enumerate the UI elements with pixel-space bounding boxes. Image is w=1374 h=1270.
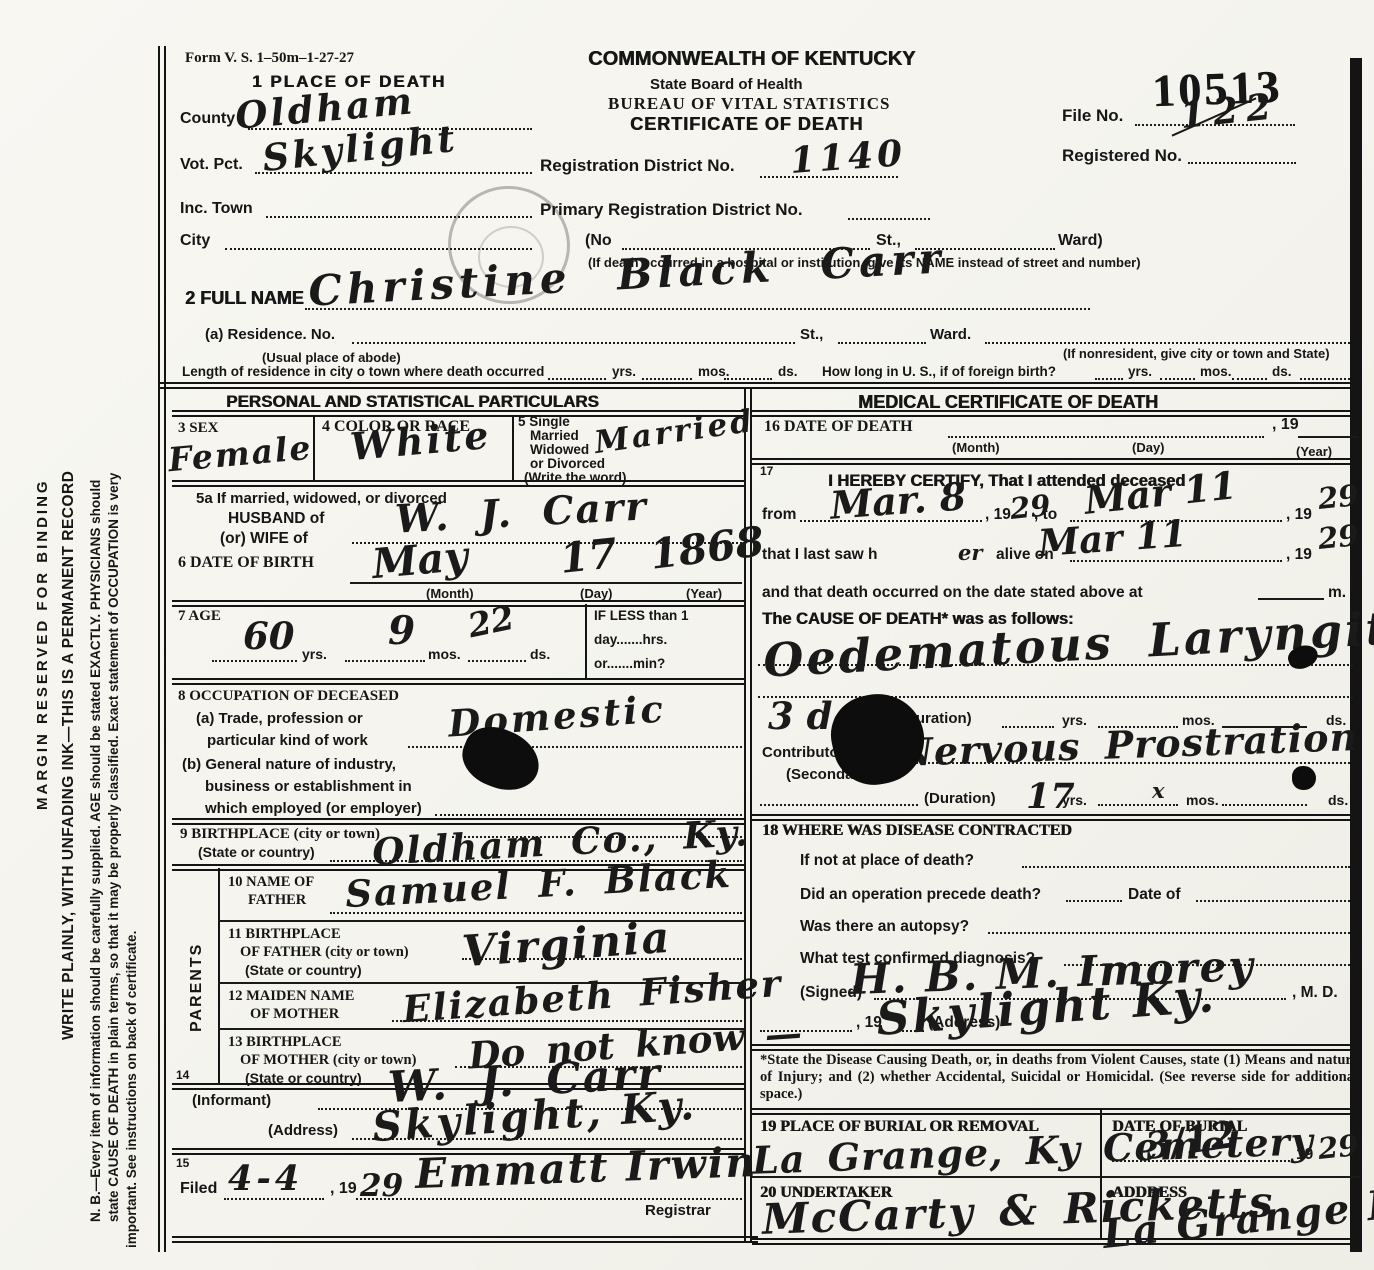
registration-district-label: Registration District No. [540,156,735,176]
residence-st-line [838,342,926,344]
to-19-label: , 19 [1286,506,1312,524]
father-name-label-1: 10 NAME OF [228,874,314,891]
operation-date-of-label: Date of [1128,886,1181,904]
length-line-6 [1232,378,1267,380]
marital-option-married: Married [530,428,579,443]
margin-nb-note-line2: state CAUSE OF DEATH in plain terms, so … [106,473,121,1222]
state-board-title: State Board of Health [650,76,803,93]
birthplace-label: 9 BIRTHPLACE (city or town) [180,826,380,843]
dob-row-bottom-rule [172,600,744,607]
length-line-7 [1300,378,1350,380]
parents-cell-divider [218,868,220,1083]
occupation-header: 8 OCCUPATION OF DECEASED [178,688,399,705]
form-number: Form V. S. 1–50m–1-27-27 [185,50,354,67]
registered-no-line [1188,162,1296,164]
wife-of-label: (or) WIFE of [220,530,308,548]
age-yrs-line [212,660,297,662]
if-not-line [1022,866,1350,868]
operation-line [1066,900,1122,902]
husband-of-label: HUSBAND of [228,510,324,528]
last-saw-year-value: 29 [1316,518,1360,556]
length-mos-label: mos. [698,364,730,379]
mother-birthplace-label-1: 13 BIRTHPLACE [228,1034,342,1051]
md-label: , M. D. [1292,984,1338,1002]
duration2-mos-label: mos. [1186,792,1219,808]
duration2-line-2 [1222,804,1307,806]
left-border-inner [164,46,166,1252]
registration-district-value: 1140 [789,132,908,182]
from-value: Mar. 8 [829,473,968,527]
operation-label: Did an operation precede death? [800,886,1041,904]
last-saw-19-label: , 19 [1286,546,1312,564]
margin-binding-note: MARGIN RESERVED FOR BINDING [34,478,51,810]
margin-nb-note-line3: important. See instructions on back of c… [124,931,139,1248]
informant-label: (Informant) [192,1092,271,1109]
residence-st-label: St., [800,326,823,343]
duration2-value: 17 [1026,776,1075,817]
father-birthplace-value: Virginia [461,913,673,977]
marital-option-widowed: Widowed [530,442,589,457]
age-ifless-divider [585,604,587,678]
filed-label: Filed [180,1180,217,1198]
primary-registration-line [848,218,930,220]
length-ds-label: ds. [778,364,798,379]
father-birthplace-label-1: 11 BIRTHPLACE [228,926,341,943]
or-min-label: or.......min? [594,656,665,671]
primary-registration-label: Primary Registration District No. [540,200,803,220]
residence-ward-line [985,342,1350,344]
length-line-1 [548,378,606,380]
registered-no-label: Registered No. [1062,146,1182,166]
how-long-ds-label: ds. [1272,364,1292,379]
duration2-line-0 [760,804,918,806]
margin-nb-note-line1: N. B.—Every item of information should b… [88,480,103,1222]
dob-day-value: 17 [558,529,620,583]
date-of-death-year-line [1298,436,1358,438]
informant-address-label: (Address) [268,1122,338,1139]
sex-label: 3 SEX [178,420,218,437]
age-yrs-label: yrs. [302,646,327,662]
where-contracted-label: 18 WHERE WAS DISEASE CONTRACTED [762,822,1072,840]
day-hrs-label: day.......hrs. [594,632,667,647]
dob-day-caption: (Day) [580,586,613,601]
autopsy-label: Was there an autopsy? [800,918,969,936]
length-line-5 [1160,378,1195,380]
parents-vertical-label: PARENTS [188,943,206,1032]
residence-no-line [352,342,795,344]
item-15-number: 15 [176,1156,189,1170]
autopsy-line [988,932,1350,934]
file-no-label: File No. [1062,106,1123,126]
registrar-label: Registrar [645,1202,711,1219]
occupation-b-label-2: business or establishment in [205,778,412,795]
occupation-a-label-2: particular kind of work [207,732,368,749]
how-long-mos-label: mos. [1200,364,1232,379]
date-of-death-19: , 19 [1272,416,1299,434]
certificate-title: CERTIFICATE OF DEATH [630,114,863,135]
dod-day-caption: (Day) [1132,440,1165,455]
last-saw-value: Mar 11 [1037,511,1189,565]
age-yrs-value: 60 [243,614,295,658]
occupation-b-label-3: which employed (or employer) [205,800,422,817]
county-label: County [180,110,235,128]
city-label: City [180,232,210,250]
from-label: from [762,506,796,524]
item-14-number: 14 [176,1068,189,1082]
age-mos-value: 9 [388,608,415,654]
occupation-a-line [408,746,742,748]
dod-year-caption: (Year) [1296,444,1332,459]
margin-write-plainly-note: WRITE PLAINLY, WITH UNFADING INK—THIS IS… [60,471,78,1040]
bureau-title: BUREAU OF VITAL STATISTICS [608,94,891,114]
sex-row-bottom-rule [172,480,744,487]
dob-month-caption: (Month) [426,586,474,601]
duration2-label: (Duration) [924,790,996,807]
no-label: (No [585,232,612,250]
death-occurred-line [1258,598,1324,600]
mother-name-label-2: OF MOTHER [250,1006,339,1023]
dod-row-bottom-rule [752,458,1360,465]
if-less-label: IF LESS than 1 [594,608,689,623]
operation-date-line [1196,900,1350,902]
if-not-label: If not at place of death? [800,852,974,870]
father-name-label-2: FATHER [248,892,306,909]
race-marital-divider [512,416,514,480]
inc-town-label: Inc. Town [180,200,253,218]
length-residence-label: Length of residence in city o town where… [182,364,544,379]
dod-month-caption: (Month) [952,440,1000,455]
residence-label: (a) Residence. No. [205,326,335,343]
vot-pct-label: Vot. Pct. [180,156,243,174]
filed-19-label: , 19 [330,1180,357,1198]
filed-date-value: 4-4 [228,1158,303,1199]
father-birthplace-label-2: OF FATHER (city or town) [240,944,409,961]
occupation-a-label-1: (a) Trade, profession or [196,710,363,727]
how-long-us-label: How long in U. S., if of foreign birth? [822,364,1056,379]
how-long-yrs-label: yrs. [1128,364,1152,379]
marital-option-divorced: or Divorced [530,456,605,471]
dob-year-value: 1868 [648,517,767,579]
length-yrs-label: yrs. [612,364,636,379]
last-saw-er-correction: er [958,540,982,565]
full-name-value: Christine Black Carr [307,233,946,315]
burial-year-value: 29 [1316,1128,1360,1166]
residence-ward-label: Ward. [930,326,971,343]
dob-year-caption: (Year) [686,586,722,601]
length-line-2 [642,378,692,380]
age-ds-value: 22 [464,598,517,646]
violent-death-footnote: *State the Disease Causing Death, or, in… [760,1052,1358,1103]
signature-bottom-rule [752,1044,1360,1051]
abode-note: (Usual place of abode) [262,350,401,365]
top-section-divider [158,382,1362,389]
item-17-number: 17 [760,464,773,478]
length-line-3 [724,378,772,380]
length-line-4 [1095,378,1123,380]
date-of-death-label: 16 DATE OF DEATH [764,418,913,436]
occupation-b-label-1: (b) General nature of industry, [182,756,396,773]
duration2-x-mark: x [1152,778,1165,803]
age-label: 7 AGE [178,608,221,625]
filed-line [356,1198,742,1200]
left-border-outer [158,46,160,1252]
personal-section-header: PERSONAL AND STATISTICAL PARTICULARS [226,392,599,412]
left-column-bottom-rule [172,1236,758,1243]
mother-name-label-1: 12 MAIDEN NAME [228,988,354,1005]
full-name-label: 2 FULL NAME [185,288,304,309]
dob-month-value: May [370,532,470,588]
duration2-ds-label: ds. [1328,792,1348,808]
to-year-value: 29 [1316,478,1360,516]
last-saw-label: that I last saw h [762,546,877,564]
nonresident-note: (If nonresident, give city or town and S… [1063,346,1330,361]
birthplace-state-caption: (State or country) [198,844,315,860]
dob-label: 6 DATE OF BIRTH [178,554,314,572]
date-of-death-line [948,436,1264,438]
age-mos-line [345,660,425,662]
age-mos-label: mos. [428,646,461,662]
death-certificate-page: MARGIN RESERVED FOR BINDING WRITE PLAINL… [0,0,1374,1270]
ward-label: Ward) [1058,232,1103,250]
medical-header-rule [752,410,1360,417]
ink-blot-small [1292,766,1316,790]
age-ds-label: ds. [530,646,550,662]
death-occurred-label: and that death occurred on the date stat… [762,584,1143,602]
footnote-bottom-rule [752,1108,1360,1115]
duration2-line-1 [1098,804,1178,806]
age-row-bottom-rule [172,678,744,685]
from-19-label: , 19 [985,506,1011,524]
age-ds-line [468,660,526,662]
sex-race-divider [313,416,315,480]
commonwealth-title: COMMONWEALTH OF KENTUCKY [588,48,915,71]
father-birthplace-state-caption: (State or country) [245,962,362,978]
filed-year-value: 29 [360,1168,403,1204]
m-label: m. [1328,584,1346,602]
